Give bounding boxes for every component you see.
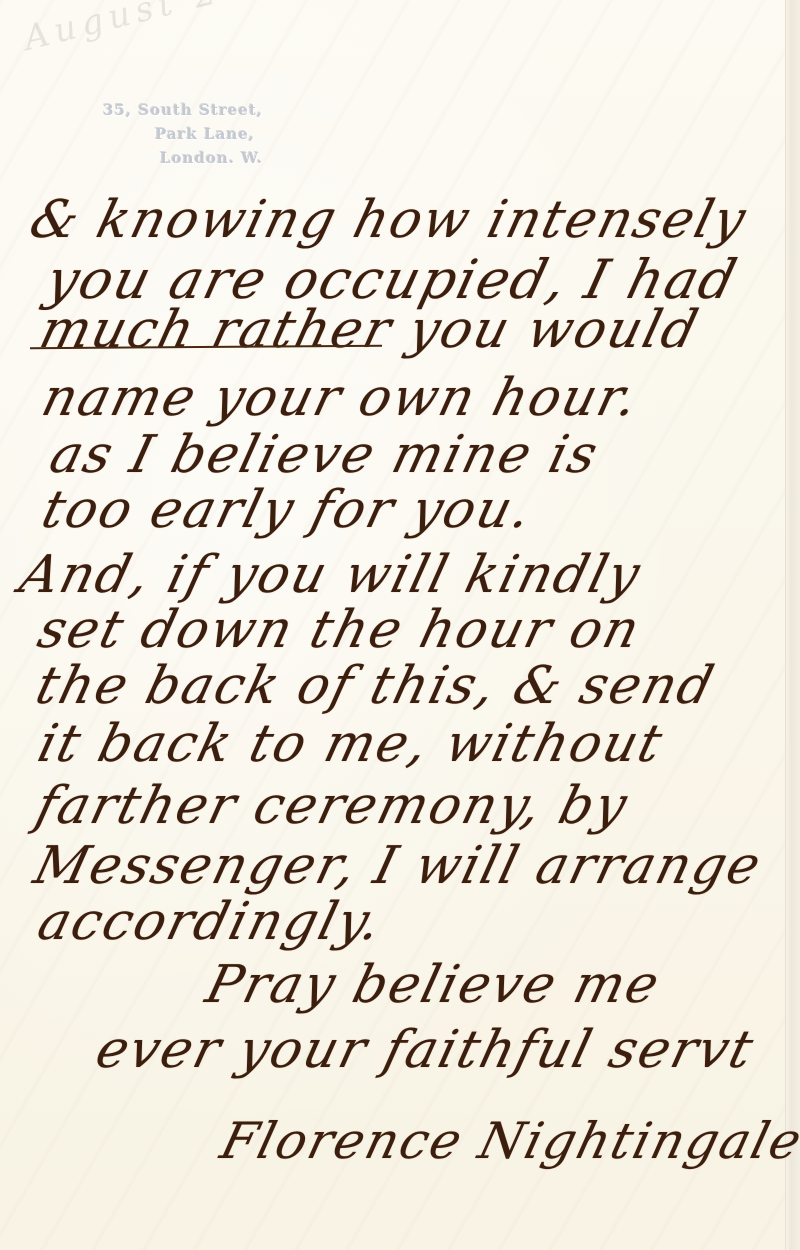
body-line-3: much rather you would [34, 300, 705, 360]
body-line-9: the back of this, & send [30, 656, 721, 716]
body-line-1: & knowing how intensely [24, 190, 753, 250]
signature: Florence Nightingale [215, 1112, 800, 1170]
reverse-side-date-ghost: August 20/61 [20, 0, 323, 59]
body-line-11: farther ceremony, by [30, 776, 634, 836]
body-line-13: accordingly. [32, 892, 389, 952]
closing-line-1: Pray believe me [200, 955, 667, 1015]
body-line-6: too early for you. [36, 480, 539, 540]
body-line-5: as I believe mine is [44, 425, 605, 485]
page-fold-edge [785, 0, 800, 1250]
body-line-4: name your own hour. [36, 368, 645, 428]
body-line-10: it back to me, without [32, 714, 670, 774]
body-line-7: And, if you will kindly [14, 545, 647, 605]
closing-line-2: ever your faithful servt [90, 1020, 761, 1080]
letterhead-street: 35, South Street, [58, 98, 263, 122]
embossed-letterhead: 35, South Street, Park Lane, London. W. [58, 98, 263, 170]
letterhead-city: London. W. [58, 146, 263, 170]
letter-page: August 20/61 35, South Street, Park Lane… [0, 0, 800, 1250]
letterhead-area: Park Lane, [58, 122, 255, 146]
body-line-12: Messenger, I will arrange [28, 836, 768, 896]
body-line-8: set down the hour on [32, 600, 647, 660]
